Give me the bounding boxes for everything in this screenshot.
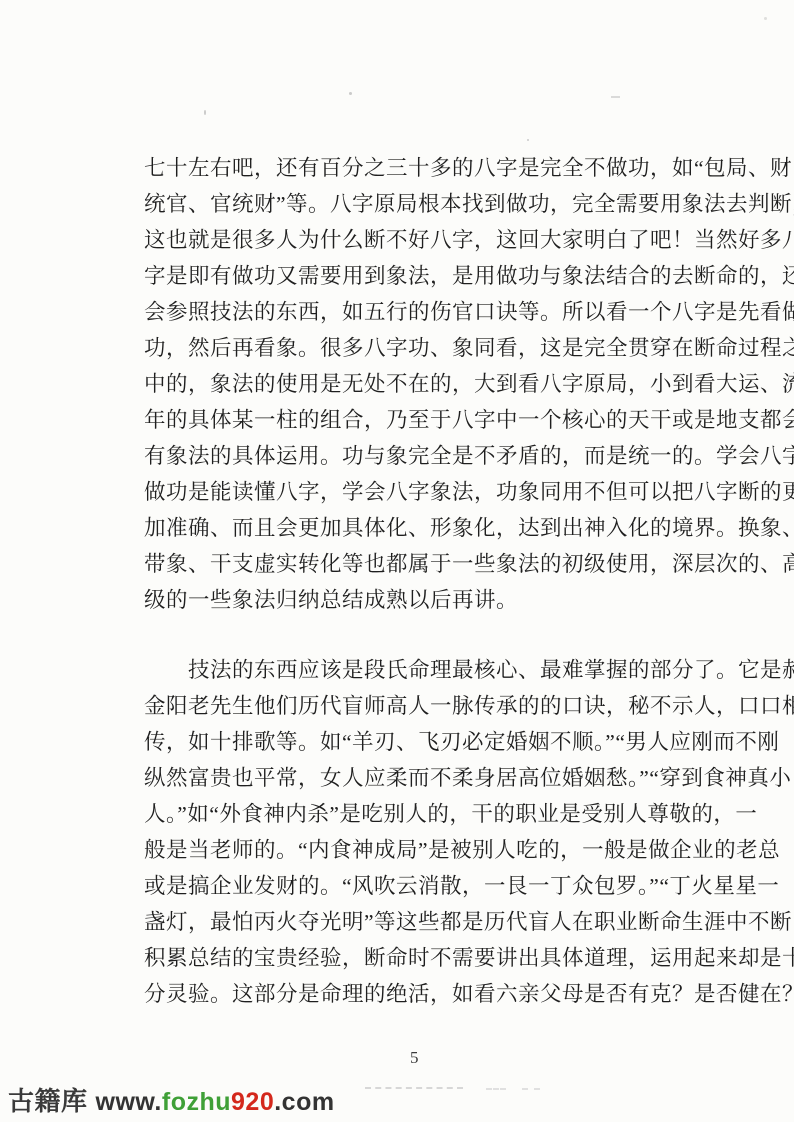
text-line: 技法的东西应该是段氏命理最核心、最难掌握的部分了。它是郝 xyxy=(144,652,677,688)
watermark-url-com: .com xyxy=(274,1088,334,1116)
scan-speck xyxy=(611,96,620,98)
text-line: 分灵验。这部分是命理的绝活，如看六亲父母是否有克？是否健在？ xyxy=(144,976,677,1012)
page-number: 5 xyxy=(410,1048,419,1068)
text-line: 金阳老先生他们历代盲师高人一脉传承的的口诀，秘不示人，口口相 xyxy=(144,688,677,724)
text-line: 人。”如“外食神内杀”是吃别人的，干的职业是受别人尊敬的，一 xyxy=(144,796,677,832)
scan-speck xyxy=(204,110,206,115)
text-line: 积累总结的宝贵经验，断命时不需要讲出具体道理，运用起来却是十 xyxy=(144,940,677,976)
text-line: 加准确、而且会更加具体化、形象化，达到出神入化的境界。换象、 xyxy=(144,510,677,546)
text-line: 或是搞企业发财的。“风吹云消散，一艮一丁众包罗。”“丁火星星一 xyxy=(144,868,677,904)
scan-artifact-dashed-line xyxy=(365,1087,463,1089)
text-line: 七十左右吧，还有百分之三十多的八字是完全不做功，如“包局、财 xyxy=(144,150,677,186)
text-line: 会参照技法的东西，如五行的伤官口诀等。所以看一个八字是先看做 xyxy=(144,294,677,330)
watermark-url-fozhu: fozhu xyxy=(162,1088,231,1116)
text-line: 有象法的具体运用。功与象完全是不矛盾的，而是统一的。学会八字 xyxy=(144,438,677,474)
paragraph-1: 七十左右吧，还有百分之三十多的八字是完全不做功，如“包局、财 统官、官统财”等。… xyxy=(144,150,677,618)
scan-speck xyxy=(764,17,767,20)
paragraph-2: 技法的东西应该是段氏命理最核心、最难掌握的部分了。它是郝 金阳老先生他们历代盲师… xyxy=(144,652,677,1012)
text-line: 统官、官统财”等。八字原局根本找到做功，完全需要用象法去判断， xyxy=(144,186,677,222)
text-line: 传，如十排歌等。如“羊刃、飞刃必定婚姻不顺。”“男人应刚而不刚 xyxy=(144,724,677,760)
text-line: 级的一些象法归纳总结成熟以后再讲。 xyxy=(144,582,677,618)
text-line: 中的，象法的使用是无处不在的，大到看八字原局，小到看大运、流 xyxy=(144,366,677,402)
text-line: 纵然富贵也平常，女人应柔而不柔身居高位婚姻愁。”“穿到食神真小 xyxy=(144,760,677,796)
scan-speck xyxy=(527,139,529,141)
scan-artifact-dashed-line xyxy=(522,1088,540,1090)
text-line: 般是当老师的。“内食神成局”是被别人吃的，一般是做企业的老总 xyxy=(144,832,677,868)
text-line: 这也就是很多人为什么断不好八字，这回大家明白了吧！当然好多八 xyxy=(144,222,677,258)
text-line: 年的具体某一柱的组合，乃至于八字中一个核心的天干或是地支都会 xyxy=(144,402,677,438)
text-line: 做功是能读懂八字，学会八字象法，功象同用不但可以把八字断的更 xyxy=(144,474,677,510)
text-line: 带象、干支虚实转化等也都属于一些象法的初级使用，深层次的、高 xyxy=(144,546,677,582)
text-line: 字是即有做功又需要用到象法，是用做功与象法结合的去断命的，还 xyxy=(144,258,677,294)
scan-artifact-dashed-line xyxy=(486,1088,506,1090)
scan-speck xyxy=(349,92,352,95)
text-line: 功，然后再看象。很多八字功、象同看，这是完全贯穿在断命过程之 xyxy=(144,330,677,366)
watermark-url-www: www. xyxy=(96,1088,162,1116)
page-text-block: 七十左右吧，还有百分之三十多的八字是完全不做功，如“包局、财 统官、官统财”等。… xyxy=(144,150,677,1012)
text-line: 盏灯，最怕丙火夺光明”等这些都是历代盲人在职业断命生涯中不断 xyxy=(144,904,677,940)
scanned-book-page: 七十左右吧，还有百分之三十多的八字是完全不做功，如“包局、财 统官、官统财”等。… xyxy=(0,0,794,1122)
library-watermark: 古籍库www.fozhu920.com xyxy=(8,1081,335,1118)
watermark-url-920: 920 xyxy=(231,1088,274,1116)
watermark-site-name: 古籍库 xyxy=(8,1086,88,1116)
